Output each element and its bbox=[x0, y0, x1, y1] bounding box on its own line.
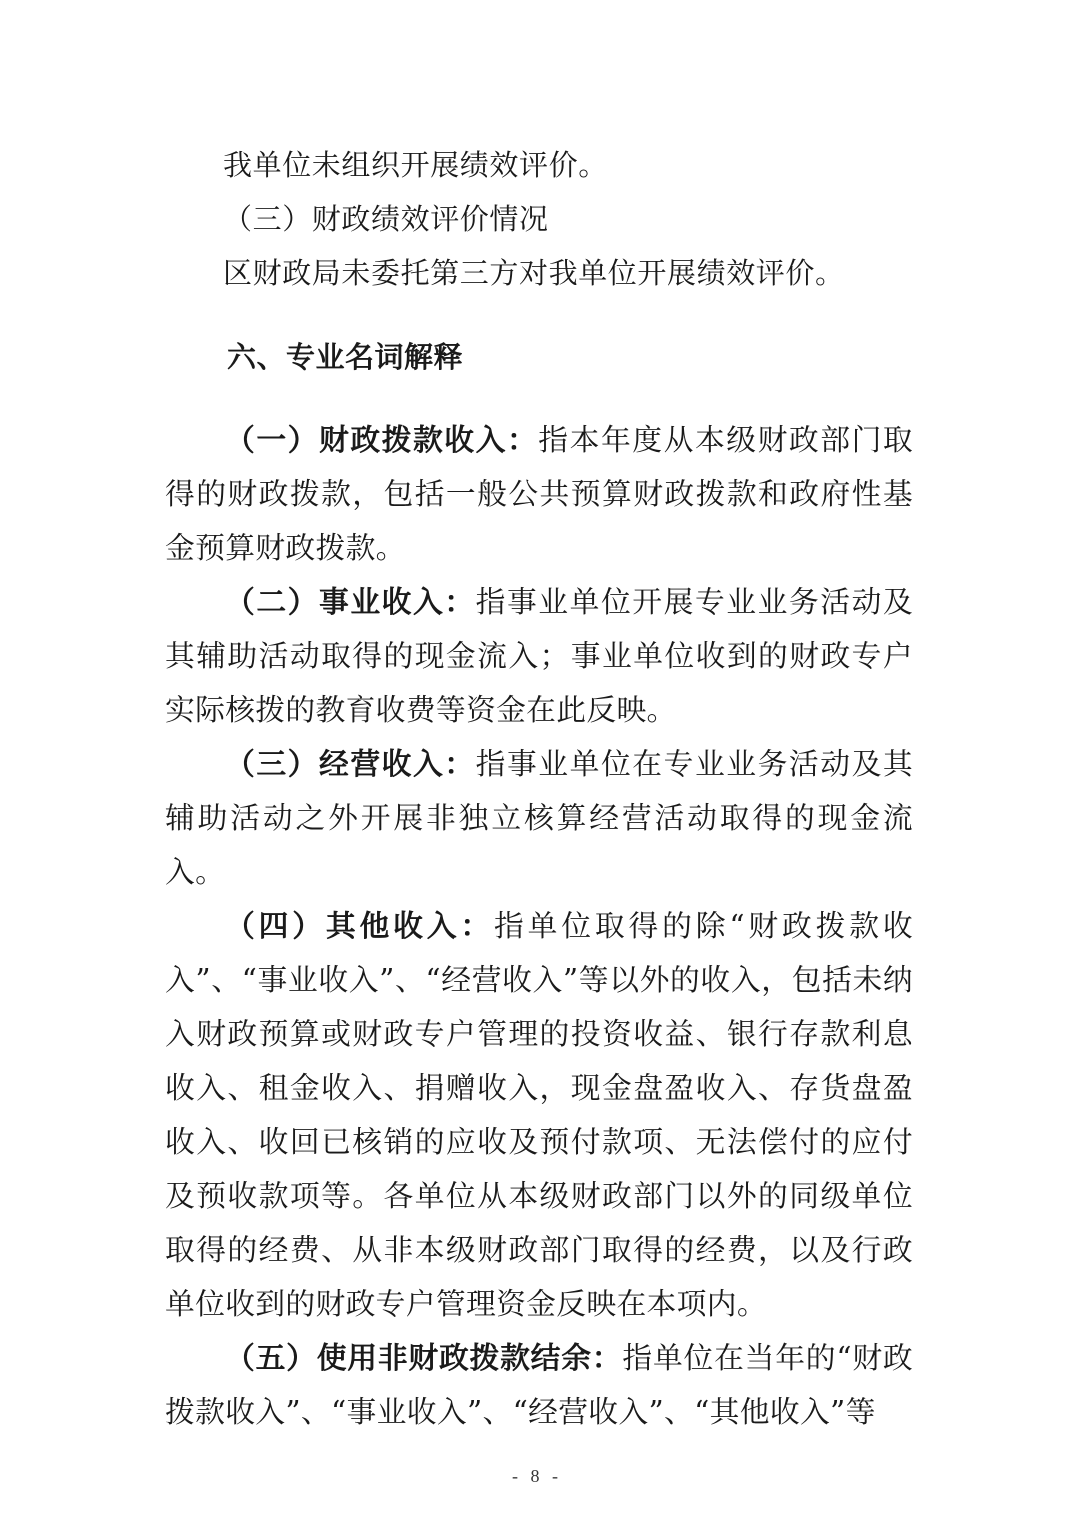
intro-line-third-party: 区财政局未委托第三方对我单位开展绩效评价。 bbox=[165, 246, 913, 300]
definition-fiscal-appropriation: （一）财政拨款收入：指本年度从本级财政部门取得的财政拨款，包括一般公共预算财政拨… bbox=[165, 414, 913, 576]
definition-business-income: （二）事业收入：指事业单位开展专业业务活动及其辅助活动取得的现金流入；事业单位收… bbox=[165, 576, 913, 738]
definition-term: （三）经营收入： bbox=[225, 747, 476, 782]
definition-term: （一）财政拨款收入： bbox=[225, 423, 538, 458]
definition-operating-income: （三）经营收入：指事业单位在专业业务活动及其辅助活动之外开展非独立核算经营活动取… bbox=[165, 738, 913, 900]
definition-term: （四）其他收入： bbox=[225, 909, 494, 944]
subsection-title-fiscal-evaluation: （三）财政绩效评价情况 bbox=[165, 192, 913, 246]
definition-other-income: （四）其他收入：指单位取得的除“财政拨款收入”、“事业收入”、“经营收入”等以外… bbox=[165, 900, 913, 1332]
definition-text: 指单位取得的除“财政拨款收入”、“事业收入”、“经营收入”等以外的收入，包括未纳… bbox=[165, 909, 913, 1322]
document-page: 我单位未组织开展绩效评价。 （三）财政绩效评价情况 区财政局未委托第三方对我单位… bbox=[165, 138, 913, 1440]
section-heading: 六、专业名词解释 bbox=[165, 330, 913, 384]
definition-term: （五）使用非财政拨款结余： bbox=[225, 1341, 622, 1376]
definition-term: （二）事业收入： bbox=[225, 585, 476, 620]
page-number: - 8 - bbox=[0, 1466, 1074, 1487]
intro-line-evaluation: 我单位未组织开展绩效评价。 bbox=[165, 138, 913, 192]
definition-non-fiscal-balance: （五）使用非财政拨款结余：指单位在当年的“财政拨款收入”、“事业收入”、“经营收… bbox=[165, 1332, 913, 1440]
